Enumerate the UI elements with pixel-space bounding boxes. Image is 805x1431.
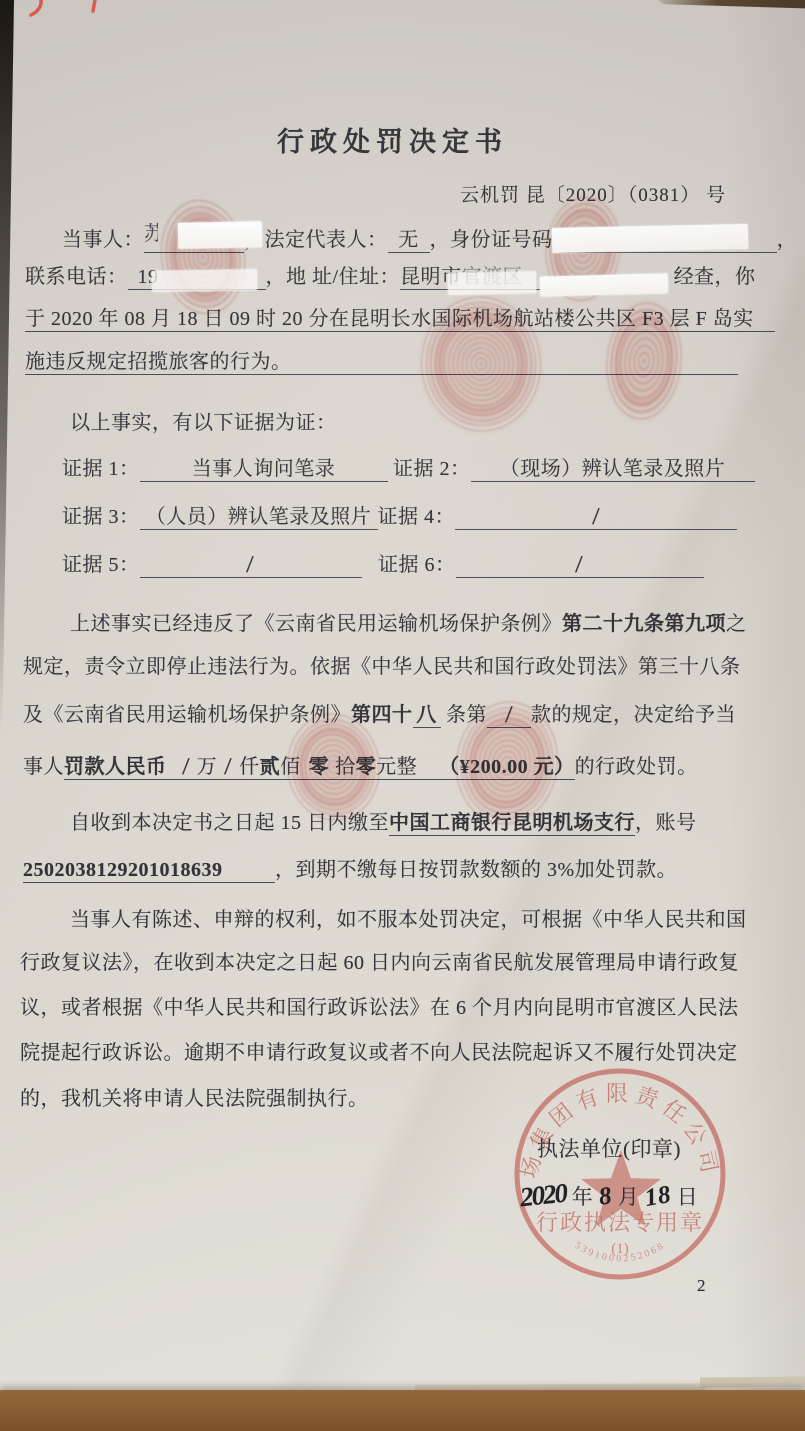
date-year-handwritten: 2020 bbox=[519, 1178, 568, 1214]
comma: ， bbox=[777, 229, 798, 251]
fine-qian-unit: 仟 bbox=[239, 750, 260, 779]
address-tail: 经查，你 bbox=[674, 266, 756, 288]
red-pen-marks bbox=[25, 0, 155, 20]
ruling-line-4-tail: 的行政处罚。 bbox=[575, 756, 698, 778]
date-month-unit: 月 bbox=[618, 1185, 640, 1209]
evidence-5-slash: / bbox=[246, 551, 255, 580]
red-stroke-1 bbox=[31, 0, 41, 15]
legal-rep-label: ，法定代表人： bbox=[244, 229, 388, 251]
redaction-address-1 bbox=[448, 271, 536, 295]
evidence-1-value: 当事人询问笔录 bbox=[140, 452, 388, 482]
payment-line-2: 2502038129201018639，到期不缴每日按罚款数额的 3%加处罚款。 bbox=[23, 853, 677, 883]
fine-qian-slash: / bbox=[224, 753, 233, 782]
rights-line-1: 当事人有陈述、申辩的权利，如不服本处罚决定，可根据《中华人民共和国 bbox=[70, 903, 747, 932]
rights-line-2: 行政复议法》，在收到本决定之日起 60 日内向云南省民航发展管理局申请行政复 bbox=[20, 946, 739, 975]
fine-yuan-unit: 元整 bbox=[376, 750, 417, 779]
document-photo: 场集团有限责任公司 行政执法专用章 (1) 5391000252068 行政处罚… bbox=[0, 0, 805, 1431]
evidence-3-label: 证据 3： bbox=[62, 506, 140, 528]
page-number: 2 bbox=[697, 1276, 706, 1296]
redaction-name bbox=[178, 221, 262, 248]
ruling-article-48-hw: 八 bbox=[413, 698, 441, 728]
fine-wan-slash: / bbox=[181, 753, 190, 782]
evidence-6-label: 证据 6： bbox=[378, 554, 456, 576]
evidence-5-label: 证据 5： bbox=[62, 554, 140, 576]
ruling-line-2: 规定，责令立即停止违法行为。依据《中华人民共和国行政处罚法》第三十八条 bbox=[23, 650, 741, 679]
evidence-2-label: 证据 2： bbox=[393, 458, 471, 480]
legal-rep-value: 无 bbox=[388, 223, 430, 253]
party-label: 当事人： bbox=[62, 229, 144, 251]
fine-wan-unit: 万 bbox=[197, 750, 218, 779]
official-seal: 场集团有限责任公司 行政执法专用章 (1) 5391000252068 bbox=[506, 1060, 736, 1290]
payment-line-1: 自收到本决定书之日起 15 日内缴至中国工商银行昆明机场支行，账号 bbox=[70, 806, 697, 836]
ruling-line-1-tail: 之 bbox=[726, 613, 747, 635]
ruling-article-29: 第二十九条第九项 bbox=[562, 613, 726, 635]
evidence-6-value: / bbox=[456, 554, 704, 578]
evidence-5-value: / bbox=[140, 554, 362, 578]
payment-line-2-post: ，到期不缴每日按罚款数额的 3%加处罚款。 bbox=[275, 859, 677, 881]
evidence-row-3: 证据 5：/ 证据 6：/ bbox=[62, 548, 704, 578]
evidence-row-1: 证据 1：当事人询问笔录 证据 2：（现场）辨认笔录及照片 bbox=[62, 452, 755, 482]
ruling-line-3-tail: 款的规定，决定给予当 bbox=[531, 704, 736, 726]
evidence-1-label: 证据 1： bbox=[62, 458, 140, 480]
date-month-handwritten: 8 bbox=[597, 1182, 614, 1212]
decision-date: 2020 年 8 月 18 日 bbox=[520, 1180, 698, 1211]
evidence-intro: 以上事实，有以下证据为证： bbox=[70, 406, 337, 435]
fine-label: 罚款人民币 bbox=[64, 750, 167, 779]
rights-line-5: 的，我机关将申请人民法院强制执行。 bbox=[20, 1082, 369, 1111]
enforcement-unit-label: 执法单位(印章) bbox=[537, 1133, 681, 1163]
ruling-line-3: 及《云南省民用运输机场保护条例》第四十八 条第/款的规定，决定给予当 bbox=[23, 698, 736, 728]
account-number: 2502038129201018639 bbox=[23, 859, 275, 883]
evidence-6-slash: / bbox=[575, 551, 584, 580]
evidence-4-value: / bbox=[455, 506, 737, 530]
payment-line-1-post: ，账号 bbox=[635, 812, 697, 834]
ruling-line-4-pre: 事人 bbox=[23, 756, 64, 778]
id-label: ，身份证号码: bbox=[430, 229, 559, 251]
address-label: ，地 址/住址： bbox=[266, 266, 401, 288]
fine-bai-digit: 贰 bbox=[260, 750, 281, 779]
redaction-id bbox=[552, 224, 748, 253]
phone-label: 联系电话： bbox=[25, 266, 128, 288]
evidence-4-slash: / bbox=[591, 503, 600, 532]
wooden-table-surface bbox=[0, 1390, 805, 1431]
date-day-handwritten: 18 bbox=[643, 1181, 673, 1213]
rights-line-4: 院提起行政诉讼。逾期不申请行政复议或者不向人民法院起诉又不履行处罚决定 bbox=[20, 1036, 738, 1065]
ruling-line-1: 上述事实已经违反了《云南省民用运输机场保护条例》第二十九条第九项之 bbox=[70, 607, 747, 636]
evidence-2-value: （现场）辨认笔录及照片 bbox=[471, 452, 755, 482]
evidence-3-value: （人员）辨认笔录及照片 bbox=[140, 500, 378, 530]
red-stroke-2 bbox=[93, 0, 95, 11]
date-year-unit: 年 bbox=[572, 1185, 594, 1209]
party-name-partial: 苏 bbox=[144, 217, 158, 246]
under-sheet-edge-2 bbox=[700, 1376, 805, 1387]
ruling-line-1-pre: 上述事实已经违反了《云南省民用运输机场保护条例》 bbox=[70, 613, 562, 635]
evidence-4-label: 证据 4： bbox=[378, 506, 456, 528]
rights-line-3: 议，或者根据《中华人民共和国行政诉讼法》在 6 个月内向昆明市官渡区人民法 bbox=[20, 991, 739, 1020]
ruling-line-3-pre: 及《云南省民用运输机场保护条例》 bbox=[23, 704, 351, 726]
evidence-row-2: 证据 3：（人员）辨认笔录及照片证据 4：/ bbox=[62, 500, 737, 530]
seal-center-text: 行政执法专用章 bbox=[536, 1210, 704, 1235]
redaction-address-2 bbox=[540, 273, 668, 296]
page-title: 行政处罚决定书 bbox=[0, 120, 785, 159]
redaction-phone bbox=[152, 269, 257, 292]
date-day-unit: 日 bbox=[677, 1185, 699, 1209]
